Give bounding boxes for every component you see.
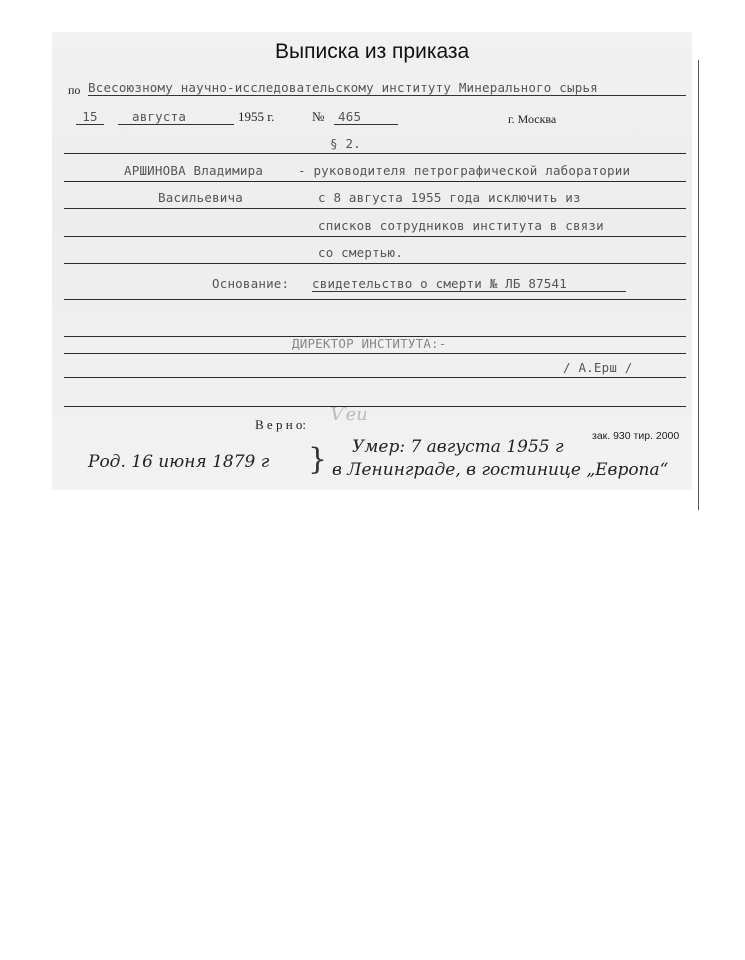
- rule-line: [64, 299, 686, 300]
- basis-text: свидетельство о смерти № ЛБ 87541: [312, 276, 626, 292]
- document-title: Выписка из приказа: [275, 40, 469, 64]
- order-number-label: №: [312, 109, 324, 125]
- handwritten-died-place: в Ленинграде, в гостинице „Европа“: [332, 460, 668, 480]
- verified-label: В е р н о:: [255, 417, 306, 433]
- director-name: / А.Ерш /: [563, 360, 633, 375]
- rule-line: [64, 406, 686, 407]
- employee-name: АРШИНОВА Владимира: [124, 163, 263, 178]
- employee-patronymic: Васильевича: [158, 190, 243, 205]
- section-number: § 2.: [330, 136, 361, 151]
- print-info: зак. 930 тир. 2000: [592, 430, 679, 442]
- rule-line: [64, 153, 686, 154]
- rule-line: [64, 181, 686, 182]
- body-line-4: со смертью.: [318, 245, 403, 260]
- order-year: 1955 г.: [238, 109, 274, 125]
- order-month: августа: [118, 109, 234, 125]
- order-day: 15: [76, 109, 104, 125]
- verified-signature: Ѵеи: [330, 404, 368, 425]
- handwritten-brace: }: [308, 442, 327, 477]
- rule-line: [64, 377, 686, 378]
- header-organization: Всесоюзному научно-исследовательскому ин…: [88, 80, 686, 96]
- body-line-3: списков сотрудников института в связи: [318, 218, 604, 233]
- order-number: 465: [334, 109, 398, 125]
- body-line-2: с 8 августа 1955 года исключить из: [318, 190, 581, 205]
- header-prefix: по: [68, 83, 80, 98]
- basis-label: Основание:: [212, 276, 289, 291]
- director-label: ДИРЕКТОР ИНСТИТУТА:-: [292, 336, 447, 351]
- body-line-1: - руководителя петрографической лаборато…: [298, 163, 630, 178]
- rule-line: [64, 208, 686, 209]
- handwritten-born: Род. 16 июня 1879 г: [88, 452, 269, 472]
- page-edge: [698, 60, 699, 510]
- document-sheet: [52, 32, 692, 490]
- rule-line: [64, 353, 686, 354]
- rule-line: [64, 263, 686, 264]
- order-city: г. Москва: [508, 112, 556, 127]
- rule-line: [64, 236, 686, 237]
- handwritten-died-date: Умер: 7 августа 1955 г: [352, 437, 564, 457]
